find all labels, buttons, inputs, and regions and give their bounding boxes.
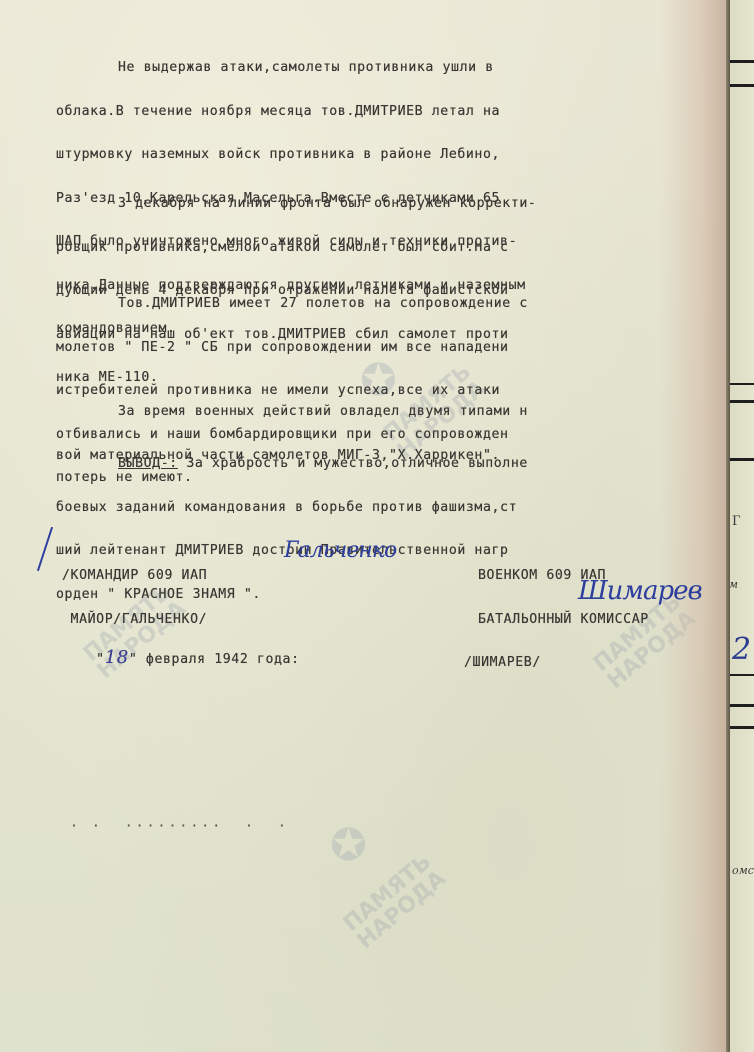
- watermark-star-icon: ✪: [330, 820, 367, 871]
- text-line: штурмовку наземных войск противника в ра…: [56, 148, 526, 163]
- text-line: За время военных действий овладел двумя …: [56, 405, 528, 420]
- commander-handwritten-signature: Гальченко: [284, 538, 396, 563]
- text-line: Тов.ДМИТРИЕВ имеет 27 полетов на сопрово…: [56, 297, 528, 312]
- watermark-line: НАРОДА: [338, 854, 467, 967]
- rule-line: [730, 674, 754, 676]
- adjacent-annotation: -Ком: [730, 578, 738, 591]
- commissar-name: /ШИМАРЕВ/: [464, 656, 649, 671]
- date-day-handwritten: 18: [105, 647, 129, 668]
- page-fold-shadow: [660, 0, 728, 1052]
- conclusion-heading: ВЫВОД-:: [118, 456, 178, 471]
- rule-line: [730, 60, 754, 63]
- watermark: ПАМЯТЬ НАРОДА: [323, 837, 466, 967]
- adjacent-handwritten-digit: 2: [732, 632, 751, 667]
- rule-line: [730, 383, 754, 385]
- date-month-year: февраля 1942 года:: [137, 652, 299, 667]
- text-line: Не выдержав атаки,самолеты противника уш…: [56, 61, 526, 76]
- commissar-signature-block: ВОЕНКОМ 609 ИАП БАТАЛЬОННЫЙ КОМИССАР /ШИ…: [478, 540, 649, 700]
- text-line: облака.В течение ноября месяца тов.ДМИТР…: [56, 105, 526, 120]
- text-line: молетов " ПЕ-2 " СБ при сопровождении им…: [56, 341, 528, 356]
- rule-line: [730, 704, 754, 707]
- adjacent-page: Г -Ком 2 омс: [730, 0, 754, 1052]
- rule-line: [730, 400, 754, 403]
- rule-line: [730, 726, 754, 729]
- document-page: ✪ ПАМЯТЬ НАРОДА ПАМЯТЬ НАРОДА ПАМЯТЬ НАР…: [0, 0, 728, 1052]
- date-quote: ": [96, 652, 105, 667]
- text-line: ровщик противника,смелой атакой самолет …: [56, 241, 536, 256]
- handwritten-slash: [37, 527, 53, 571]
- watermark-line: ПАМЯТЬ: [323, 837, 452, 950]
- faint-ghost-text: · · ········· · ·: [70, 820, 289, 835]
- document-date: "18" февраля 1942 года:: [62, 636, 300, 682]
- text-line: боевых заданий командования в борьбе про…: [56, 501, 528, 516]
- commander-name: МАЙОР/ГАЛЬЧЕНКО/: [62, 613, 207, 628]
- text-line: 3 декабря на линии фронта был обнаружен …: [56, 197, 536, 212]
- commissar-rank: БАТАЛЬОННЫЙ КОМИССАР: [478, 613, 649, 628]
- adjacent-fragment: Г: [732, 514, 741, 529]
- rule-line: [730, 458, 754, 461]
- commissar-handwritten-signature: Шимарев: [578, 576, 702, 606]
- rule-line: [730, 84, 754, 87]
- adjacent-fragment: омс: [732, 864, 754, 877]
- commander-title: /КОМАНДИР 609 ИАП: [62, 569, 207, 584]
- text-line: За храбрость и мужество,отличное выполне: [178, 456, 528, 471]
